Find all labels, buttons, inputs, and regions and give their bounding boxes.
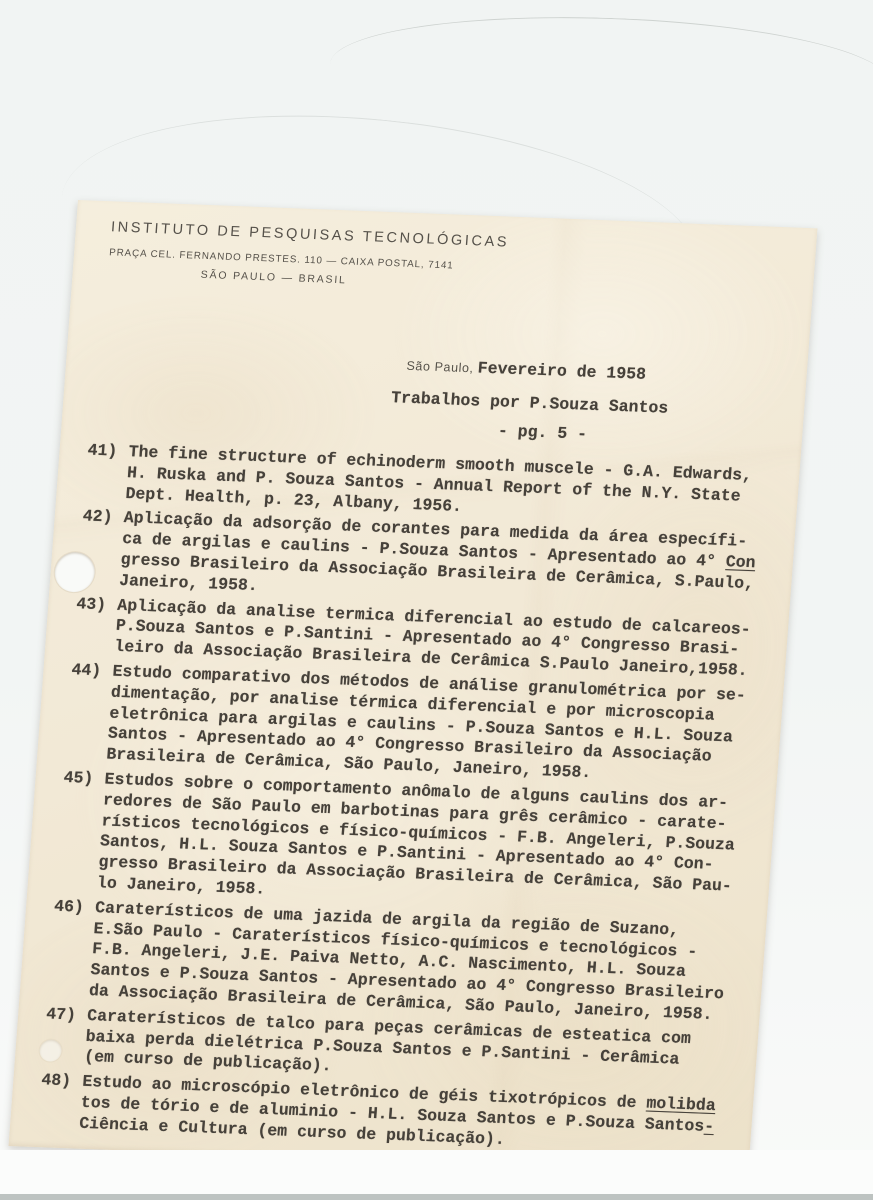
letterhead-address: PRAÇA CEL. FERNANDO PRESTES. 110 — CAIXA… bbox=[109, 247, 454, 271]
item-number: 46) bbox=[53, 896, 84, 918]
item-number: 41) bbox=[87, 441, 118, 463]
letterhead-institution: INSTITUTO DE PESQUISAS TECNOLÓGICAS bbox=[110, 219, 509, 250]
place-label: São Paulo, bbox=[406, 359, 478, 376]
date-value: Fevereiro de 1958 bbox=[477, 358, 647, 383]
paper-sheet: INSTITUTO DE PESQUISAS TECNOLÓGICAS PRAÇ… bbox=[9, 200, 818, 1174]
scan-background: INSTITUTO DE PESQUISAS TECNOLÓGICAS PRAÇ… bbox=[0, 0, 873, 1200]
item-text: Estudo comparativo dos métodos de anális… bbox=[106, 662, 772, 791]
scan-edge-strip bbox=[0, 1194, 873, 1200]
doc-title: Trabalhos por P.Souza Santos bbox=[390, 388, 668, 418]
letterhead: INSTITUTO DE PESQUISAS TECNOLÓGICAS PRAÇ… bbox=[78, 200, 817, 228]
item-number: 43) bbox=[76, 594, 107, 616]
works-list: 41) The fine structure of echinoderm smo… bbox=[37, 441, 788, 1164]
item-text: Caraterísticos de uma jazida de argila d… bbox=[88, 898, 754, 1027]
item-number: 48) bbox=[41, 1070, 72, 1092]
item-number: 42) bbox=[82, 507, 113, 529]
letterhead-city: SÃO PAULO — BRASIL bbox=[200, 269, 347, 287]
scanner-scratch bbox=[328, 8, 873, 138]
date-line: São Paulo, Fevereiro de 1958 bbox=[406, 356, 647, 384]
item-number: 47) bbox=[45, 1004, 76, 1026]
page-label: - pg. 5 - bbox=[497, 421, 587, 443]
list-item: 45) Estudos sobre o comportamento anômal… bbox=[55, 768, 764, 919]
item-text: Estudos sobre o comportamento anômalo de… bbox=[96, 769, 764, 919]
item-number: 44) bbox=[71, 660, 102, 682]
item-number: 45) bbox=[63, 768, 94, 790]
